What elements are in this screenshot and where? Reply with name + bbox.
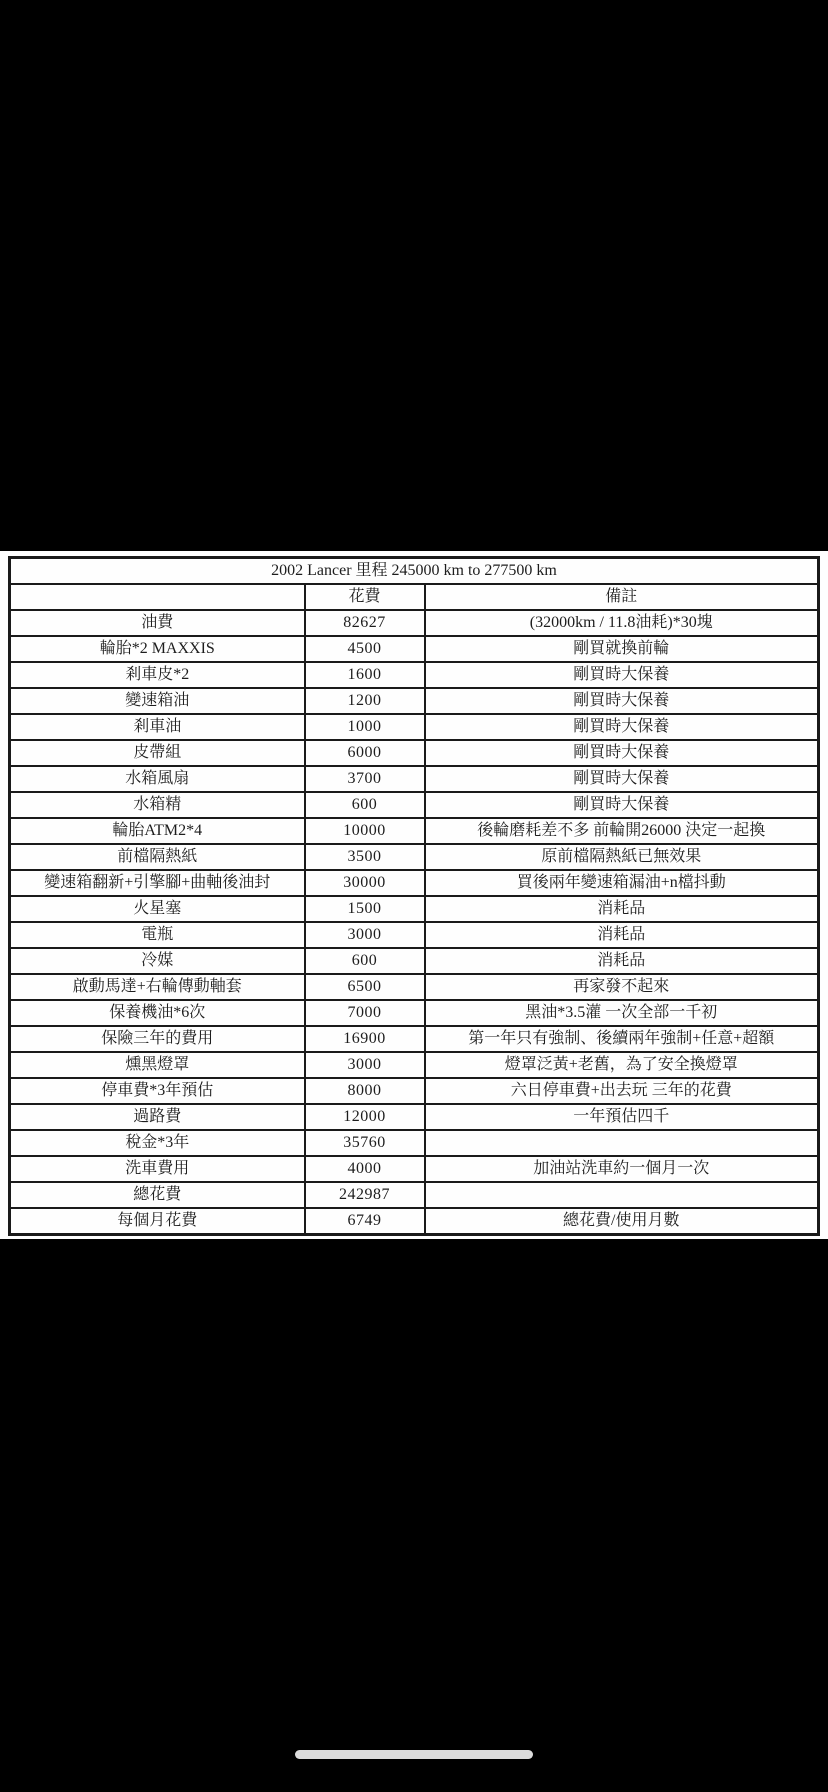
cost-cell: 6000 — [305, 740, 425, 766]
table-row: 火星塞1500消耗品 — [10, 896, 819, 922]
cost-cell: 6500 — [305, 974, 425, 1000]
note-cell: 消耗品 — [425, 896, 819, 922]
table-row: 保養機油*6次7000黑油*3.5灌 一次全部一千初 — [10, 1000, 819, 1026]
table-row: 冷媒600消耗品 — [10, 948, 819, 974]
table-row: 燻黑燈罩3000燈罩泛黃+老舊，為了安全換燈罩 — [10, 1052, 819, 1078]
phone-screen: { "colors": { "bg": "#000000", "table_bg… — [0, 0, 828, 1792]
cost-cell: 12000 — [305, 1104, 425, 1130]
item-cell: 過路費 — [10, 1104, 305, 1130]
table-row: 電瓶3000消耗品 — [10, 922, 819, 948]
note-cell: 再家發不起來 — [425, 974, 819, 1000]
note-cell: 加油站洗車約一個月一次 — [425, 1156, 819, 1182]
expense-table: 2002 Lancer 里程 245000 km to 277500 km 花費… — [8, 556, 820, 1236]
table-row: 總花費242987 — [10, 1182, 819, 1208]
table-row: 變速箱翻新+引擎腳+曲軸後油封30000買後兩年變速箱漏油+n檔抖動 — [10, 870, 819, 896]
table-row: 每個月花費6749總花費/使用月數 — [10, 1208, 819, 1235]
note-cell: 一年預估四千 — [425, 1104, 819, 1130]
table-row: 輪胎*2 MAXXIS4500剛買就換前輪 — [10, 636, 819, 662]
cost-cell: 82627 — [305, 610, 425, 636]
item-cell: 洗車費用 — [10, 1156, 305, 1182]
note-cell: 剛買時大保養 — [425, 714, 819, 740]
item-cell: 輪胎ATM2*4 — [10, 818, 305, 844]
table-row: 剎車油1000剛買時大保養 — [10, 714, 819, 740]
item-cell: 水箱風扇 — [10, 766, 305, 792]
cost-cell: 4000 — [305, 1156, 425, 1182]
cost-cell: 6749 — [305, 1208, 425, 1235]
cost-cell: 10000 — [305, 818, 425, 844]
table-row: 變速箱油1200剛買時大保養 — [10, 688, 819, 714]
note-cell: 剛買時大保養 — [425, 766, 819, 792]
cost-cell: 16900 — [305, 1026, 425, 1052]
cost-cell: 3000 — [305, 922, 425, 948]
cost-cell: 8000 — [305, 1078, 425, 1104]
table-row: 油費82627(32000km / 11.8油耗)*30塊 — [10, 610, 819, 636]
note-cell: (32000km / 11.8油耗)*30塊 — [425, 610, 819, 636]
cost-cell: 1000 — [305, 714, 425, 740]
cost-cell: 1500 — [305, 896, 425, 922]
table-row: 水箱風扇3700剛買時大保養 — [10, 766, 819, 792]
cost-cell: 3700 — [305, 766, 425, 792]
table-row: 輪胎ATM2*410000後輪磨耗差不多 前輪開26000 決定一起換 — [10, 818, 819, 844]
item-cell: 水箱精 — [10, 792, 305, 818]
table-row: 停車費*3年預估8000六日停車費+出去玩 三年的花費 — [10, 1078, 819, 1104]
table-row: 啟動馬達+右輪傳動軸套6500再家發不起來 — [10, 974, 819, 1000]
table-row: 洗車費用4000加油站洗車約一個月一次 — [10, 1156, 819, 1182]
column-header-item — [10, 584, 305, 610]
item-cell: 冷媒 — [10, 948, 305, 974]
column-header-cost: 花費 — [305, 584, 425, 610]
note-cell: 後輪磨耗差不多 前輪開26000 決定一起換 — [425, 818, 819, 844]
table-title: 2002 Lancer 里程 245000 km to 277500 km — [10, 558, 819, 585]
table-row: 剎車皮*21600剛買時大保養 — [10, 662, 819, 688]
item-cell: 變速箱油 — [10, 688, 305, 714]
item-cell: 剎車油 — [10, 714, 305, 740]
cost-cell: 4500 — [305, 636, 425, 662]
item-cell: 稅金*3年 — [10, 1130, 305, 1156]
item-cell: 燻黑燈罩 — [10, 1052, 305, 1078]
note-cell: 總花費/使用月數 — [425, 1208, 819, 1235]
home-indicator-handle[interactable] — [295, 1750, 533, 1759]
table-row: 過路費12000一年預估四千 — [10, 1104, 819, 1130]
cost-cell: 1200 — [305, 688, 425, 714]
item-cell: 電瓶 — [10, 922, 305, 948]
table-row: 前檔隔熱紙3500原前檔隔熱紙已無效果 — [10, 844, 819, 870]
item-cell: 停車費*3年預估 — [10, 1078, 305, 1104]
note-cell: 剛買時大保養 — [425, 688, 819, 714]
cost-cell: 30000 — [305, 870, 425, 896]
note-cell: 買後兩年變速箱漏油+n檔抖動 — [425, 870, 819, 896]
note-cell: 第一年只有強制、後續兩年強制+任意+超額 — [425, 1026, 819, 1052]
cost-cell: 1600 — [305, 662, 425, 688]
note-cell: 原前檔隔熱紙已無效果 — [425, 844, 819, 870]
item-cell: 火星塞 — [10, 896, 305, 922]
note-cell: 消耗品 — [425, 948, 819, 974]
note-cell — [425, 1182, 819, 1208]
item-cell: 剎車皮*2 — [10, 662, 305, 688]
note-cell — [425, 1130, 819, 1156]
expense-table-body: 2002 Lancer 里程 245000 km to 277500 km 花費… — [10, 558, 819, 1235]
table-title-row: 2002 Lancer 里程 245000 km to 277500 km — [10, 558, 819, 585]
table-row: 水箱精600剛買時大保養 — [10, 792, 819, 818]
note-cell: 剛買時大保養 — [425, 792, 819, 818]
column-header-note: 備註 — [425, 584, 819, 610]
note-cell: 燈罩泛黃+老舊，為了安全換燈罩 — [425, 1052, 819, 1078]
item-cell: 保險三年的費用 — [10, 1026, 305, 1052]
item-cell: 變速箱翻新+引擎腳+曲軸後油封 — [10, 870, 305, 896]
note-cell: 黑油*3.5灌 一次全部一千初 — [425, 1000, 819, 1026]
table-header-row: 花費 備註 — [10, 584, 819, 610]
cost-cell: 3500 — [305, 844, 425, 870]
note-cell: 剛買時大保養 — [425, 740, 819, 766]
note-cell: 剛買時大保養 — [425, 662, 819, 688]
cost-cell: 7000 — [305, 1000, 425, 1026]
item-cell: 輪胎*2 MAXXIS — [10, 636, 305, 662]
item-cell: 保養機油*6次 — [10, 1000, 305, 1026]
item-cell: 啟動馬達+右輪傳動軸套 — [10, 974, 305, 1000]
cost-cell: 35760 — [305, 1130, 425, 1156]
cost-cell: 600 — [305, 792, 425, 818]
item-cell: 前檔隔熱紙 — [10, 844, 305, 870]
cost-cell: 3000 — [305, 1052, 425, 1078]
table-row: 稅金*3年35760 — [10, 1130, 819, 1156]
note-cell: 六日停車費+出去玩 三年的花費 — [425, 1078, 819, 1104]
cost-cell: 242987 — [305, 1182, 425, 1208]
note-cell: 剛買就換前輪 — [425, 636, 819, 662]
item-cell: 總花費 — [10, 1182, 305, 1208]
item-cell: 每個月花費 — [10, 1208, 305, 1235]
item-cell: 皮帶組 — [10, 740, 305, 766]
cost-cell: 600 — [305, 948, 425, 974]
table-row: 皮帶組6000剛買時大保養 — [10, 740, 819, 766]
table-row: 保險三年的費用16900第一年只有強制、後續兩年強制+任意+超額 — [10, 1026, 819, 1052]
note-cell: 消耗品 — [425, 922, 819, 948]
item-cell: 油費 — [10, 610, 305, 636]
